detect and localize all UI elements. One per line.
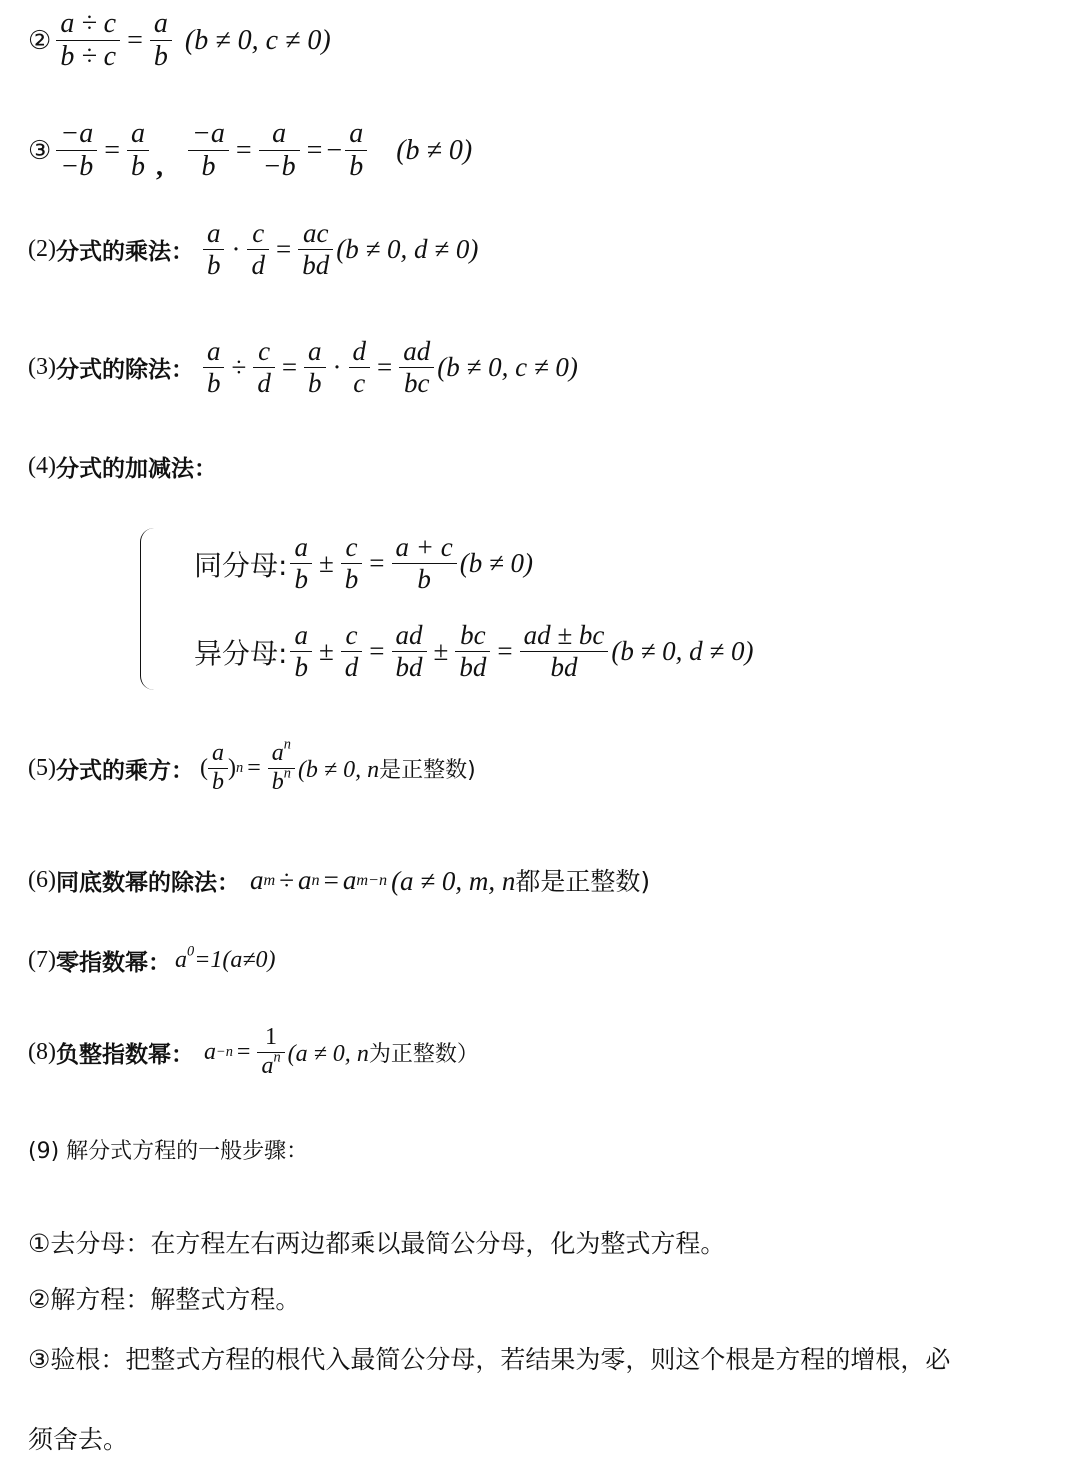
same-denominator-formula: 同分母: ab ± cb = a + cb (b ≠ 0) [194,532,533,595]
left-brace-icon [140,528,157,690]
section-number: (4) [28,453,56,480]
division-rule: (3) 分式的除法： ab ÷ cd = ab · dc = adbc (b ≠… [28,336,578,399]
section-number: (8) [28,1039,56,1066]
condition: (b ≠ 0, d ≠ 0) [611,636,753,667]
section-number: (5) [28,755,56,782]
circled-number-2: ② [28,26,51,56]
fraction: a ÷ c b ÷ c [56,8,120,73]
section-title: 分式的乘方： [56,752,194,785]
negative-exponent-rule: (8) 负整指数幂： a−n = 1 an (a ≠ 0, n为正整数） [28,1024,479,1080]
condition: (b ≠ 0) [396,135,472,167]
multiplication-rule: (2) 分式的乘法： ab · cd = acbd (b ≠ 0, d ≠ 0) [28,218,478,281]
addition-subtraction-heading: (4) 分式的加减法： [28,450,217,483]
rule-3-equation: ③ −a −b = a b , −a b = a −b = − a b (b ≠… [28,118,472,183]
section-title: 同底数幂的除法： [56,864,240,897]
condition: (b ≠ 0, c ≠ 0) [185,25,331,57]
formula: a0=1(a≠0) [175,947,276,974]
condition: (a ≠ 0, m, n都是正整数) [391,862,650,898]
section-title: 分式的加减法： [56,450,217,483]
solving-step-1: ①去分母：在方程左右两边都乘以最简公分母，化为整式方程。 [28,1224,725,1260]
formula: a−n = 1 an (a ≠ 0, n为正整数） [204,1024,479,1080]
condition: (b ≠ 0, d ≠ 0) [336,234,478,265]
section-title: 零指数幂： [56,944,171,977]
section-number: (3) [28,354,56,381]
formula: ( ab ) n = an bn (b ≠ 0, n是正整数) [200,740,476,796]
zero-exponent-rule: (7) 零指数幂： a0=1(a≠0) [28,944,276,977]
solving-step-3-continuation: 须舍去。 [28,1420,128,1456]
condition: (a ≠ 0, n为正整数） [288,1037,479,1068]
section-number: (7) [28,947,56,974]
section-number: (2) [28,236,56,263]
section-title: 负整指数幂： [56,1036,194,1069]
formula: ab · cd = acbd (b ≠ 0, d ≠ 0) [200,218,478,281]
power-rule: (5) 分式的乘方： ( ab ) n = an bn (b ≠ 0, n是正整… [28,740,476,796]
section-number: (6) [28,867,56,894]
different-denominator-formula: 异分母: ab ± cd = adbd ± bcbd = ad ± bcbd (… [194,620,754,683]
solving-steps-heading: (9) 解分式方程的一般步骤： [28,1134,308,1165]
solving-step-3: ③验根：把整式方程的根代入最简公分母，若结果为零，则这个根是方程的增根，必 [28,1340,950,1376]
condition: (b ≠ 0) [460,548,533,579]
formula: am ÷ an = am−n (a ≠ 0, m, n都是正整数) [250,862,650,898]
circled-number-3: ③ [28,136,51,166]
same-denominator-label: 同分母: [194,544,287,584]
section-title: 分式的除法： [56,351,194,384]
formula: ab ÷ cd = ab · dc = adbc (b ≠ 0, c ≠ 0) [200,336,578,399]
condition: (b ≠ 0, c ≠ 0) [437,352,578,383]
same-base-division-rule: (6) 同底数幂的除法： am ÷ an = am−n (a ≠ 0, m, n… [28,862,650,898]
fraction: a b [150,8,172,73]
different-denominator-label: 异分母: [194,632,287,672]
solving-step-2: ②解方程：解整式方程。 [28,1280,300,1316]
condition: (b ≠ 0, n是正整数) [298,753,476,784]
rule-2-equation: ② a ÷ c b ÷ c = a b (b ≠ 0, c ≠ 0) [28,8,331,73]
section-title: 分式的乘法： [56,233,194,266]
